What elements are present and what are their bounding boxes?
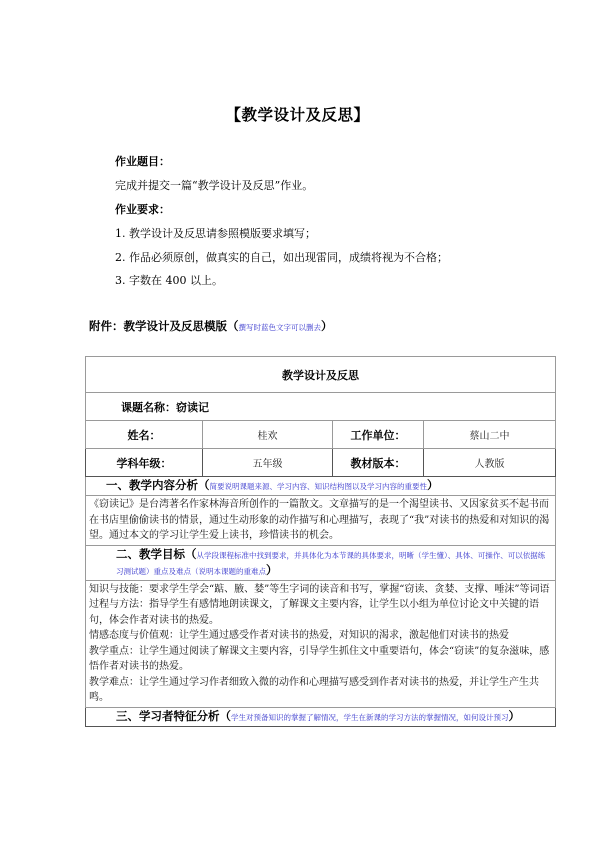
lesson-design-table: 教学设计及反思 课题名称：窃读记 姓名： 桂欢 工作单位： 蔡山二中 学科年级：… [85,356,556,727]
attachment-label: 附件：教学设计及反思模版 [89,319,227,333]
paragraph: 《窃读记》是台湾著名作家林海音所创作的一篇散文。文章描写的是一个渴望读书、又因家… [89,497,552,544]
unit-label: 工作单位： [333,421,424,449]
paren: （ [227,319,239,333]
section-heading-content-analysis: 一、教学内容分析（简要说明课题来源、学习内容、知识结构图以及学习内容的重要性） [86,477,556,496]
section-title: 三、学习者特征分析 [116,709,220,723]
grade-label: 学科年级： [86,449,203,477]
paragraph: 知识与技能：要求学生学会“踮、腋、婪”等生字词的读音和书写，掌握“窃读、贪婪、支… [89,582,552,598]
paren: ） [321,319,333,333]
attachment-note: 撰写时蓝色文字可以删去 [239,323,322,332]
section-title: 一、教学内容分析 [106,478,198,492]
requirement-item: 2. 作品必须原创，做真实的自己，如出现雷同，成绩将视为不合格； [115,251,448,265]
section-title: 二、教学目标 [116,547,185,561]
name-label: 姓名： [86,421,203,449]
table-header: 教学设计及反思 [86,357,556,393]
attachment-heading: 附件：教学设计及反思模版（撰写时蓝色文字可以删去） [89,318,333,334]
requirement-item: 1. 教学设计及反思请参照模版要求填写； [115,227,316,241]
lesson-topic: 课题名称：窃读记 [86,393,556,421]
section-body-content-analysis: 《窃读记》是台湾著名作家林海音所创作的一篇散文。文章描写的是一个渴望读书、又因家… [86,496,556,546]
paragraph: 情感态度与价值观：让学生通过感受作者对读书的热爱，对知识的渴求，激起他们对读书的… [89,628,552,644]
unit-value: 蔡山二中 [424,421,556,449]
assignment-topic-text: 完成并提交一篇“教学设计及反思”作业。 [115,179,313,193]
edition-value: 人教版 [424,449,556,477]
edition-label: 教材版本： [333,449,424,477]
section-note: 简要说明课题来源、学习内容、知识结构图以及学习内容的重要性 [210,482,428,491]
assignment-topic-label: 作业题目： [115,155,170,169]
page-title: 【教学设计及反思】 [0,103,595,125]
paragraph: 教学重点：让学生通过阅读了解课文主要内容，引导学生抓住文中重要语句，体会“窃读”… [89,644,552,675]
section-body-objectives: 知识与技能：要求学生学会“踮、腋、婪”等生字词的读音和书写，掌握“窃读、贪婪、支… [86,580,556,707]
grade-value: 五年级 [203,449,333,477]
section-heading-objectives: 二、教学目标（从学段课程标准中找到要求，并具体化为本节课的具体要求，明晰（学生懂… [86,545,556,580]
section-heading-learner-analysis: 三、学习者特征分析（学生对预备知识的掌握了解情况，学生在新课的学习方法的掌握情况… [86,707,556,726]
requirement-item: 3. 字数在 400 以上。 [115,274,223,288]
paragraph: 过程与方法：指导学生有感情地朗读课文，了解课文主要内容，让学生以小组为单位讨论文… [89,597,552,628]
section-note: 学生对预备知识的掌握了解情况，学生在新课的学习方法的掌握情况，如何设计预习 [231,713,509,722]
paragraph: 教学难点：让学生通过学习作者细致入微的动作和心理描写感受到作者对读书的热爱，并让… [89,675,552,706]
name-value: 桂欢 [203,421,333,449]
assignment-requirements-label: 作业要求： [115,203,170,217]
